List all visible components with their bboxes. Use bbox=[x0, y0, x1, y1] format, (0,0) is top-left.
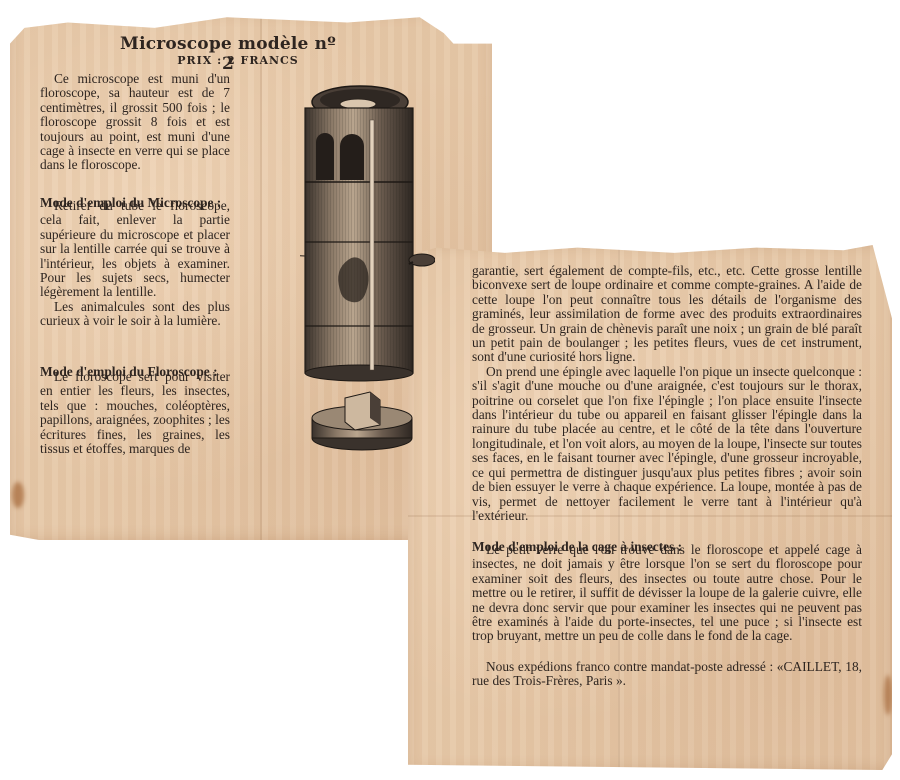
microscope-illustration bbox=[300, 80, 435, 452]
paragraph: Les animalcules sont des plus curieux à … bbox=[40, 300, 230, 329]
paragraph: Le floroscope sert pour visiter en entie… bbox=[40, 370, 230, 456]
paragraph: On prend une épingle avec laquelle l'on … bbox=[472, 365, 862, 523]
paragraph: Le petit verre que l'on trouve dans le f… bbox=[472, 543, 862, 644]
intro-text: Ce microscope est muni d'un floroscope, … bbox=[40, 72, 230, 173]
floroscope-usage-text: Le floroscope sert pour visiter en entie… bbox=[40, 370, 230, 456]
stain bbox=[12, 482, 24, 508]
footer-paragraph: Nous expédions franco contre mandat-post… bbox=[472, 660, 862, 689]
insect-cage-usage-text: Le petit verre que l'on trouve dans le f… bbox=[472, 543, 862, 644]
stain bbox=[884, 675, 892, 715]
microscope-usage-text: Retirer du tube le floroscope, cela fait… bbox=[40, 199, 230, 329]
shipping-address-text: Nous expédions franco contre mandat-post… bbox=[472, 660, 862, 689]
paragraph: garantie, sert également de compte-fils,… bbox=[472, 264, 862, 365]
continued-text: garantie, sert également de compte-fils,… bbox=[472, 264, 862, 523]
price-subtitle: PRIX : 2 FRANCS bbox=[118, 54, 358, 67]
intro-paragraph: Ce microscope est muni d'un floroscope, … bbox=[40, 72, 230, 173]
paragraph: Retirer du tube le floroscope, cela fait… bbox=[40, 199, 230, 300]
paper-fold bbox=[260, 12, 262, 540]
